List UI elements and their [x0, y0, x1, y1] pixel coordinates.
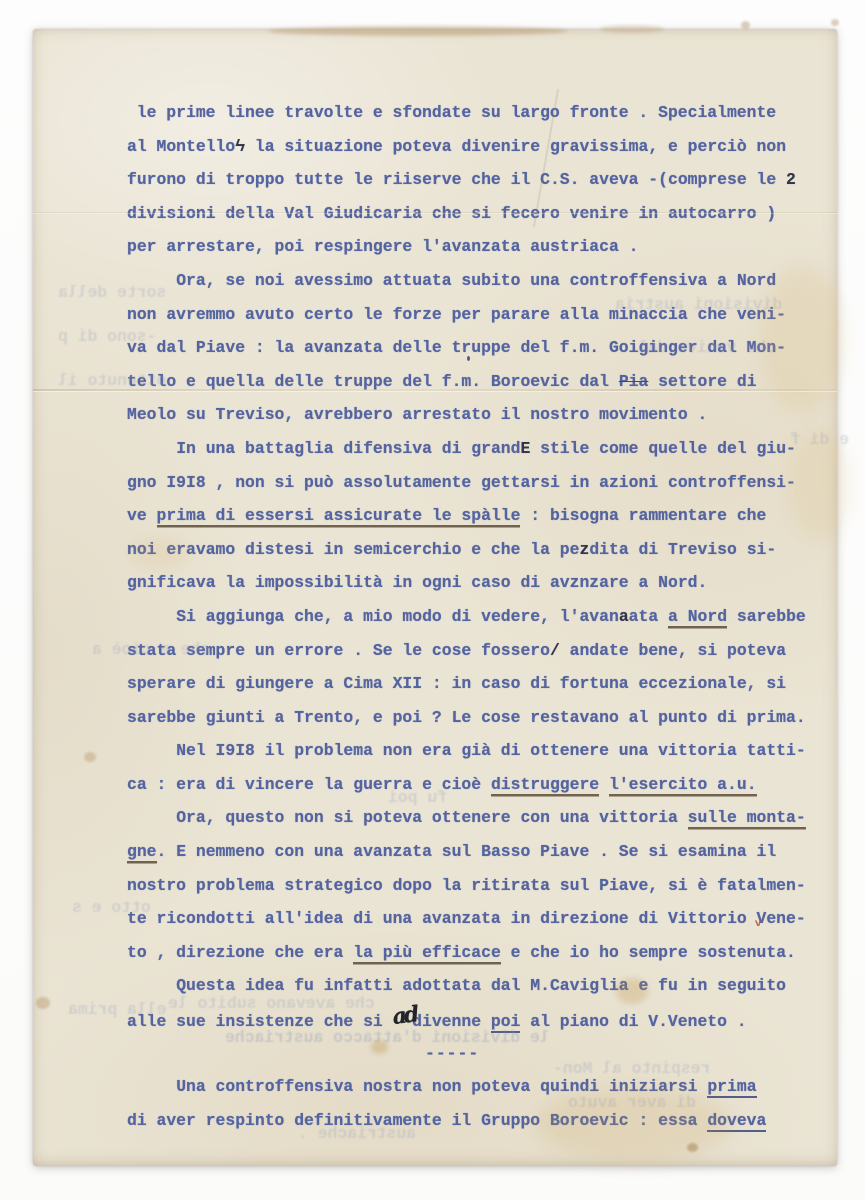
text-segment: Questa idea fu infatti adottata dal M.Ca…: [176, 976, 786, 995]
text-segment: settore di: [648, 372, 756, 391]
text-line: va dal Piave : la avanzata delle truppe …: [127, 331, 843, 365]
text-line: Una controffensiva nostra non poteva qui…: [127, 1070, 843, 1104]
dark-ink-text: 2: [786, 170, 796, 189]
text-line: ve prima di essersi assicurate le spàlle…: [127, 499, 843, 533]
text-line: Ora, se noi avessimo attuata subito una …: [127, 264, 843, 298]
text-segment: gno I9I8 , non si può assolutamente gett…: [127, 473, 796, 492]
stain: [741, 21, 750, 29]
text-segment: Una controffensiva nostra non poteva qui…: [176, 1077, 707, 1096]
text-line: non avremmo avuto certo le forze per par…: [127, 298, 843, 332]
text-line: Nel I9I8 il problema non era già di otte…: [127, 734, 843, 768]
paragraph: le prime linee travolte e sfondate su la…: [127, 96, 843, 264]
handwritten-insertion: ad: [390, 999, 414, 1035]
text-segment: Ora, questo non si poteva ottenere con u…: [176, 808, 687, 827]
text-segment: al piano di V.Veneto .: [520, 1012, 746, 1031]
stain: [831, 19, 839, 26]
dark-ink-text: ϟ: [235, 137, 245, 156]
text-segment: la situazione poteva divenire gravissima…: [245, 137, 786, 156]
text-segment: stile come quelle del giu-: [530, 439, 796, 458]
underlined-text: prima di essersi assicurate le spàlle: [157, 506, 521, 525]
photo-background: le prime linee travolte e sfondate su la…: [0, 0, 865, 1200]
text-segment: -----: [425, 1044, 479, 1063]
text-line: furono di troppo tutte le riiserve che i…: [127, 163, 843, 197]
underlined-text: la più efficace: [353, 943, 501, 962]
paragraph: Questa idea fu infatti adottata dal M.Ca…: [127, 969, 843, 1036]
ink-dot: [467, 356, 470, 361]
text-segment: di aver respinto definitivamente il Grup…: [127, 1111, 707, 1130]
text-segment: Ora, se noi avessimo attuata subito una …: [176, 271, 776, 290]
underlined-text: sulle monta-: [688, 808, 806, 827]
text-segment: ata: [629, 607, 668, 626]
text-segment: Meolo su Treviso, avrebbero arrestato il…: [127, 405, 707, 424]
text-segment: sarebbe: [727, 607, 806, 626]
text-line: gne. E nemmeno con una avanzata sul Bass…: [127, 835, 843, 869]
red-pencil-mark: v: [755, 918, 762, 930]
text-segment: Si aggiunga che, a mio modo di vedere, l…: [176, 607, 619, 626]
text-line: -----: [127, 1037, 843, 1071]
text-segment: e che io ho sempre sostenuta.: [501, 943, 796, 962]
text-segment: sperare di giungere a Cima XII : in caso…: [127, 674, 786, 693]
text-segment: : bisogna rammentare che: [520, 506, 766, 525]
text-segment: ve: [127, 506, 157, 525]
text-segment: nostro problema strategico dopo la ritir…: [127, 876, 806, 895]
text-line: al Montelloϟ la situazione poteva diveni…: [127, 130, 843, 164]
text-segment: le prime linee travolte e sfondate su la…: [137, 103, 776, 122]
text-segment: Nel I9I8 il problema non era già di otte…: [176, 741, 806, 760]
underlined-text: a Nord: [668, 607, 727, 626]
paper-sheet: le prime linee travolte e sfondate su la…: [33, 29, 837, 1166]
text-segment: In una battaglia difensiva di grand: [176, 439, 520, 458]
struck-text: Pia: [619, 372, 649, 391]
text-line: noi eravamo distesi in semicerchio e che…: [127, 533, 843, 567]
text-line: gno I9I8 , non si può assolutamente gett…: [127, 466, 843, 500]
paragraph: Si aggiunga che, a mio modo di vedere, l…: [127, 600, 843, 734]
text-segment: gnificava la impossibilità in ogni caso …: [127, 573, 707, 592]
text-line: di aver respinto definitivamente il Grup…: [127, 1104, 843, 1138]
text-segment: stata sempre un errore . Se le cose foss…: [127, 641, 550, 660]
dark-ink-text: E: [520, 439, 530, 458]
text-segment: . E nemmeno con una avanzata sul Basso P…: [157, 842, 777, 861]
text-segment: sarebbe giunti a Trento, e poi ? Le cose…: [127, 708, 806, 727]
text-segment: te ricondotti all'idea di una avanzata i…: [127, 909, 806, 928]
text-line: le prime linee travolte e sfondate su la…: [127, 96, 843, 130]
text-line: Meolo su Treviso, avrebbero arrestato il…: [127, 398, 843, 432]
text-block: le prime linee travolte e sfondate su la…: [127, 96, 843, 1137]
text-segment: noi eravamo distesi in semicerchio e che…: [127, 540, 579, 559]
text-line: to , direzione che era la più efficace e…: [127, 936, 843, 970]
text-segment: dita di Treviso si-: [589, 540, 776, 559]
paragraph: In una battaglia difensiva di grandE sti…: [127, 432, 843, 600]
text-line: divisioni della Val Giudicaria che si fe…: [127, 197, 843, 231]
text-segment: to , direzione che era: [127, 943, 353, 962]
paragraph: Ora, questo non si poteva ottenere con u…: [127, 801, 843, 969]
text-line: stata sempre un errore . Se le cose foss…: [127, 634, 843, 668]
underlined-text: poi: [491, 1012, 521, 1031]
paragraph: Una controffensiva nostra non poteva qui…: [127, 1070, 843, 1137]
text-line: Si aggiunga che, a mio modo di vedere, l…: [127, 600, 843, 634]
text-line: Questa idea fu infatti adottata dal M.Ca…: [127, 969, 843, 1003]
underlined-text: distruggere: [491, 775, 599, 794]
section-divider: -----: [127, 1037, 843, 1071]
dark-ink-text: /: [550, 641, 560, 660]
text-segment: al Montello: [127, 137, 235, 156]
underlined-text: doveva: [707, 1111, 766, 1130]
text-segment: per arrestare, poi respingere l'avanzata…: [127, 237, 638, 256]
underlined-text: gne: [127, 842, 157, 861]
text-line: tello e quella delle truppe del f.m. Bor…: [127, 365, 843, 399]
text-line: Ora, questo non si poteva ottenere con u…: [127, 801, 843, 835]
text-segment: furono di troppo tutte le riiserve che i…: [127, 170, 786, 189]
dark-ink-text: a: [619, 607, 629, 626]
dark-ink-text: z: [579, 540, 589, 559]
text-segment: [599, 775, 609, 794]
text-segment: divisioni della Val Giudicaria che si fe…: [127, 204, 776, 223]
underlined-text: prima: [707, 1077, 756, 1096]
text-segment: non avremmo avuto certo le forze per par…: [127, 305, 786, 324]
text-line: per arrestare, poi respingere l'avanzata…: [127, 230, 843, 264]
text-line: nostro problema strategico dopo la ritir…: [127, 869, 843, 903]
text-line: ca : era di vincere la guerra e cioè dis…: [127, 768, 843, 802]
text-segment: ca : era di vincere la guerra e cioè: [127, 775, 491, 794]
paragraph: Ora, se noi avessimo attuata subito una …: [127, 264, 843, 432]
text-line: alle sue insistenze che si addivenne poi…: [127, 1003, 843, 1037]
text-line: sperare di giungere a Cima XII : in caso…: [127, 667, 843, 701]
text-segment: va dal Piave : la avanzata delle truppe …: [127, 338, 786, 357]
underlined-text: l'esercito a.u.: [609, 775, 757, 794]
text-line: gnificava la impossibilità in ogni caso …: [127, 566, 843, 600]
text-line: te ricondotti all'idea di una avanzata i…: [127, 902, 843, 936]
text-line: In una battaglia difensiva di grandE sti…: [127, 432, 843, 466]
paragraph: Nel I9I8 il problema non era già di otte…: [127, 734, 843, 801]
text-segment: divenne: [412, 1012, 491, 1031]
text-line: sarebbe giunti a Trento, e poi ? Le cose…: [127, 701, 843, 735]
text-segment: tello e quella delle truppe del f.m. Bor…: [127, 372, 619, 391]
text-segment: andate bene, si poteva: [560, 641, 786, 660]
text-segment: alle sue insistenze che si: [127, 1012, 393, 1031]
